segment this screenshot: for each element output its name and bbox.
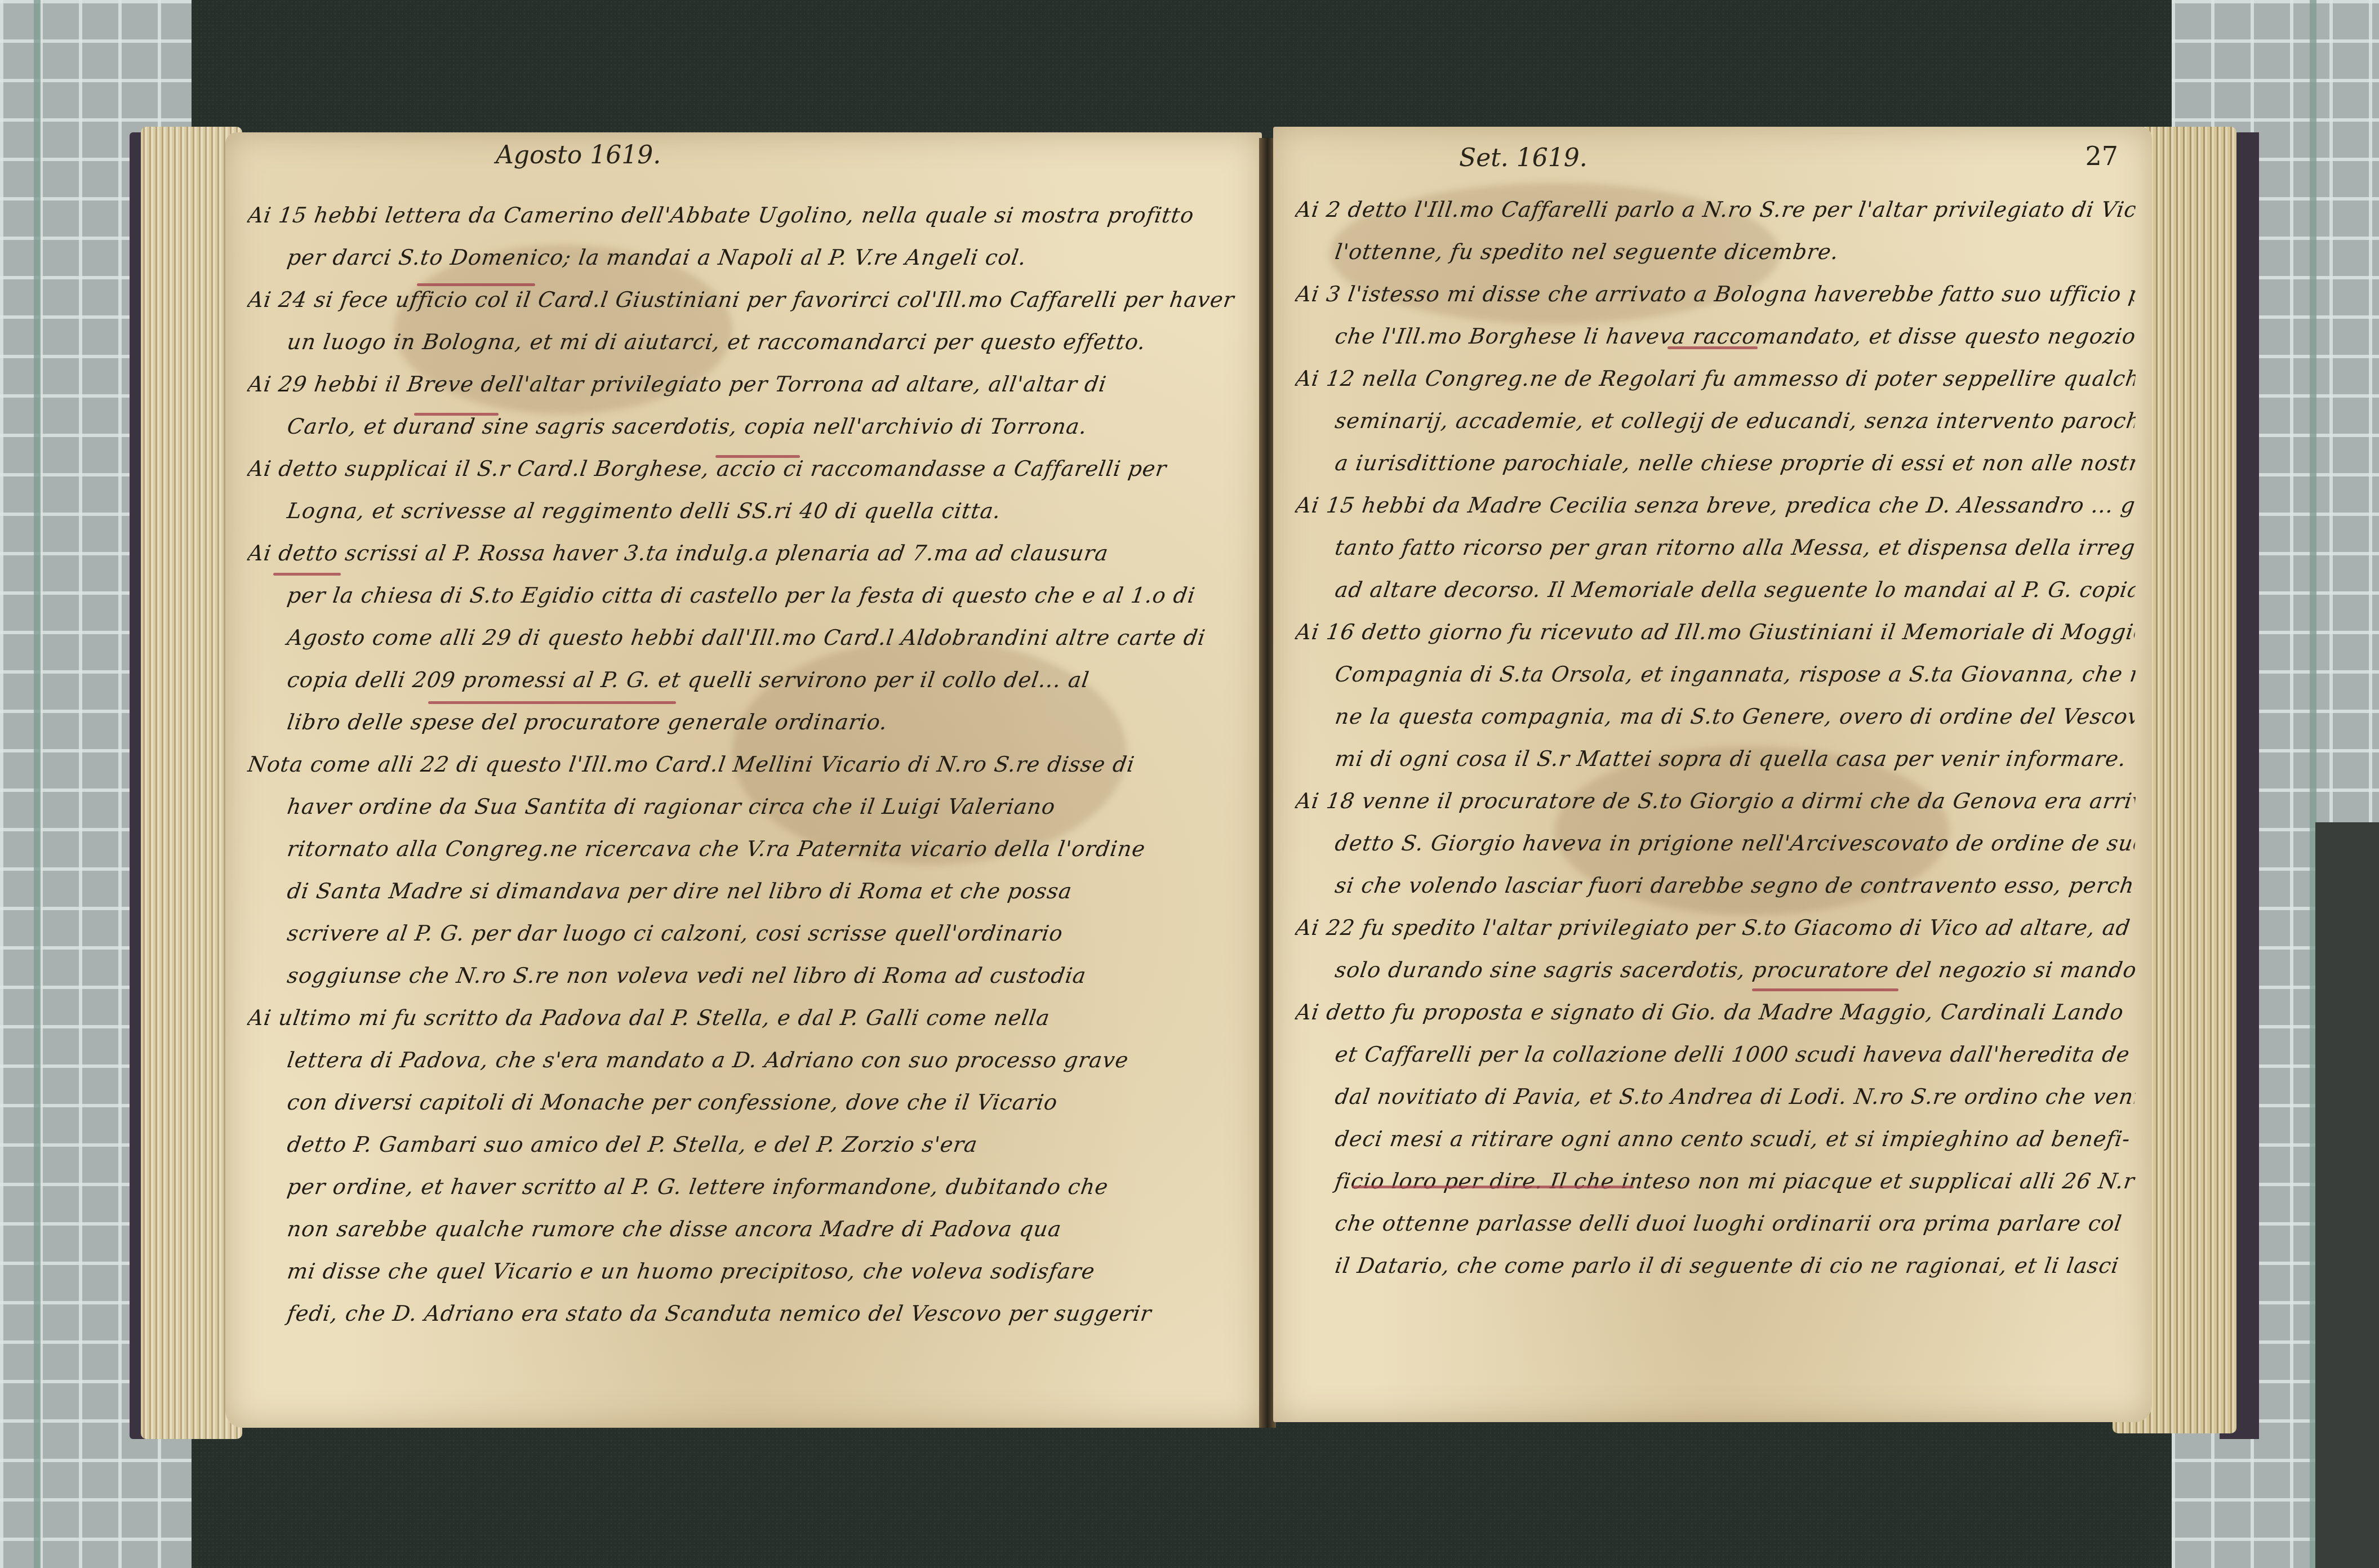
rubric-underline — [417, 283, 535, 286]
manuscript-line: che l'Ill.mo Borghese li haveva raccoman… — [1293, 315, 2138, 358]
rubric-underline — [715, 455, 800, 458]
glass-edge-left — [34, 0, 41, 1568]
manuscript-line: Ai 12 nella Congreg.ne de Regolari fu am… — [1293, 358, 2138, 400]
page-number: 27 — [2085, 141, 2118, 171]
left-page-header: Agosto 1619. — [496, 141, 661, 170]
manuscript-line: Ai 22 fu spedito l'altar privilegiato pe… — [1293, 907, 2138, 949]
manuscript-line: scrivere al P. G. per dar luogo ci calzo… — [245, 912, 1248, 955]
manuscript-line: non sarebbe qualche rumore che disse anc… — [245, 1208, 1248, 1250]
rubric-underline — [428, 701, 676, 704]
manuscript-line: solo durando sine sagris sacerdotis, pro… — [1293, 949, 2138, 991]
right-page-header: Set. 1619. — [1459, 144, 1588, 172]
manuscript-line: a iurisdittione parochiale, nelle chiese… — [1293, 442, 2138, 484]
manuscript-line: ne la questa compagnia, ma di S.to Gener… — [1293, 696, 2138, 738]
manuscript-line: per darci S.to Domenico; la mandai a Nap… — [245, 237, 1248, 279]
manuscript-line: Ai 29 hebbi il Breve dell'altar privileg… — [245, 363, 1248, 406]
manuscript-line: Ai 2 detto l'Ill.mo Caffarelli parlo a N… — [1293, 189, 2138, 231]
manuscript-line: l'ottenne, fu spedito nel seguente dicem… — [1293, 231, 2138, 273]
manuscript-line: Ai detto scrissi al P. Rossa haver 3.ta … — [245, 532, 1248, 574]
manuscript-line: mi di ogni cosa il S.r Mattei sopra di q… — [1293, 738, 2138, 780]
manuscript-line: deci mesi a ritirare ogni anno cento scu… — [1293, 1118, 2138, 1160]
side-dark-panel — [2315, 822, 2379, 1568]
manuscript-line: per la chiesa di S.to Egidio citta di ca… — [245, 574, 1248, 617]
manuscript-line: Ai detto fu proposta e signato di Gio. d… — [1293, 991, 2138, 1034]
manuscript-line: ficio loro per dire. Il che inteso non m… — [1293, 1160, 2138, 1202]
manuscript-line: Ai detto supplicai il S.r Card.l Borghes… — [245, 448, 1248, 490]
manuscript-line: Compagnia di S.ta Orsola, et ingannata, … — [1293, 653, 2138, 696]
manuscript-line: Ai 15 hebbi lettera da Camerino dell'Abb… — [245, 194, 1248, 237]
manuscript-line: Ai 16 detto giorno fu ricevuto ad Ill.mo… — [1293, 611, 2138, 653]
manuscript-line: di Santa Madre si dimandava per dire nel… — [245, 870, 1248, 912]
manuscript-line: seminarij, accademie, et collegij de edu… — [1293, 400, 2138, 442]
manuscript-line: dal novitiato di Pavia, et S.to Andrea d… — [1293, 1076, 2138, 1118]
manuscript-line: libro delle spese del procuratore genera… — [245, 701, 1248, 743]
left-page: Agosto 1619. Ai 15 hebbi lettera da Came… — [225, 132, 1262, 1428]
rubric-underline — [1667, 346, 1758, 349]
manuscript-line: Ai ultimo mi fu scritto da Padova dal P.… — [245, 997, 1248, 1039]
manuscript-line: soggiunse che N.ro S.re non voleva vedi … — [245, 955, 1248, 997]
manuscript-line: ritornato alla Congreg.ne ricercava che … — [245, 828, 1248, 870]
manuscript-line: lettera di Padova, che s'era mandato a D… — [245, 1039, 1248, 1081]
manuscript-line: haver ordine da Sua Santita di ragionar … — [245, 786, 1248, 828]
manuscript-line: il Datario, che come parlo il di seguent… — [1293, 1245, 2138, 1287]
left-page-text: Ai 15 hebbi lettera da Camerino dell'Abb… — [248, 194, 1245, 1335]
manuscript-line: copia delli 209 promessi al P. G. et que… — [245, 659, 1248, 701]
rubric-underline — [1352, 1186, 1634, 1188]
manuscript-line: Ai 3 l'istesso mi disse che arrivato a B… — [1293, 273, 2138, 315]
manuscript-line: et Caffarelli per la collazione delli 10… — [1293, 1034, 2138, 1076]
manuscript-line: un luogo in Bologna, et mi di aiutarci, … — [245, 321, 1248, 363]
manuscript-line: fedi, che D. Adriano era stato da Scandu… — [245, 1293, 1248, 1335]
manuscript-line: che ottenne parlasse delli duoi luoghi o… — [1293, 1202, 2138, 1245]
right-page-text: Ai 2 detto l'Ill.mo Caffarelli parlo a N… — [1296, 189, 2135, 1287]
manuscript-line: tanto fatto ricorso per gran ritorno all… — [1293, 527, 2138, 569]
manuscript-line: detto S. Giorgio haveva in prigione nell… — [1293, 822, 2138, 865]
manuscript-line: ad altare decorso. Il Memoriale della se… — [1293, 569, 2138, 611]
manuscript-line: Ai 18 venne il procuratore de S.to Giorg… — [1293, 780, 2138, 822]
manuscript-line: con diversi capitoli di Monache per conf… — [245, 1081, 1248, 1124]
manuscript-line: si che volendo lasciar fuori darebbe seg… — [1293, 865, 2138, 907]
manuscript-line: per ordine, et haver scritto al P. G. le… — [245, 1166, 1248, 1208]
manuscript-line: Nota come alli 22 di questo l'Ill.mo Car… — [245, 743, 1248, 786]
rubric-underline — [414, 413, 499, 416]
manuscript-line: Agosto come alli 29 di questo hebbi dall… — [245, 617, 1248, 659]
manuscript-line: mi disse che quel Vicario e un huomo pre… — [245, 1250, 1248, 1293]
rubric-underline — [1752, 988, 1898, 991]
manuscript-line: Ai 24 si fece ufficio col il Card.l Gius… — [245, 279, 1248, 321]
manuscript-line: detto P. Gambari suo amico del P. Stella… — [245, 1124, 1248, 1166]
rubric-underline — [273, 573, 341, 576]
open-manuscript: Agosto 1619. Ai 15 hebbi lettera da Came… — [130, 115, 2259, 1450]
right-page: Set. 1619. 27 Ai 2 detto l'Ill.mo Caffar… — [1273, 127, 2152, 1422]
manuscript-line: Logna, et scrivesse al reggimento delli … — [245, 490, 1248, 532]
manuscript-line: Carlo, et durand sine sagris sacerdotis,… — [245, 406, 1248, 448]
manuscript-line: Ai 15 hebbi da Madre Cecilia senza breve… — [1293, 484, 2138, 527]
